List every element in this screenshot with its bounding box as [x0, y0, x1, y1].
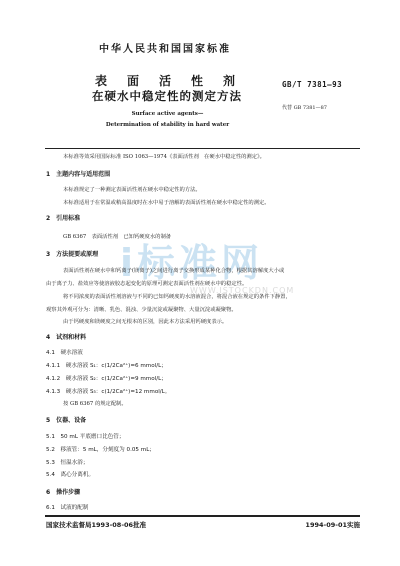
- english-title-2: Determination of stability in hard water: [0, 122, 335, 128]
- subsection: 5.4 离心分离机。: [46, 470, 94, 478]
- title-char: 活: [159, 72, 171, 89]
- paragraph: 由于离子力、盐效应等使溶液胶态起变化的原理可测定表面活性剂在硬水中的稳定性。: [46, 279, 247, 287]
- title-char: 表: [95, 72, 107, 89]
- intro-text: 本标准等效采用国际标准 ISO 1063—1974《表面活性剂 在硬水中稳定性的…: [63, 152, 265, 160]
- paragraph: 由于钙硬度和镁硬度之间无根本的区别，因此本方法采用钙硬度表示。: [63, 317, 227, 325]
- paragraph: 观察其外观可分为：清晰、乳色、混浊、少量沉淀或凝聚物、大量沉淀或凝聚物。: [46, 305, 237, 313]
- footer-divider: [45, 515, 360, 517]
- paragraph: GB 6367 表面活性剂 已知钙硬度水的制备: [63, 232, 171, 240]
- subsection: 4.1.2 硬水溶液 S₂：c(1/2Ca²⁺)=9 mmol/L；: [46, 374, 167, 382]
- section-6-title: 6 操作步骤: [46, 487, 80, 496]
- english-title-1: Surface active agents—: [0, 111, 335, 117]
- title-line-2: 在硬水中稳定性的测定方法: [92, 88, 242, 104]
- subsection: 5.2 移液管：5 mL，分刻度为 0.05 mL；: [46, 445, 155, 453]
- approval-date: 国家技术监督局1993-08-06批准: [46, 520, 146, 529]
- section-1-title: 1 主题内容与适用范围: [46, 169, 110, 178]
- paragraph: 本标准规定了一种测定表面活性剂在硬水中稳定性的方法。: [63, 185, 201, 193]
- section-4-title: 4 试剂和材料: [46, 332, 86, 341]
- subsection: 4.1.1 硬水溶液 S₁：c(1/2Ca²⁺)=6 mmol/L；: [46, 361, 167, 369]
- standard-code: GB/T 7381—93: [282, 80, 342, 89]
- subsection: 4.1.3 硬水溶液 S₃：c(1/2Ca²⁺)=12 mmol/L。: [46, 387, 170, 395]
- title-char: 面: [127, 72, 139, 89]
- subsection: 5.3 恒温水浴；: [46, 458, 88, 466]
- title-char: 剂: [223, 72, 235, 89]
- title-char: 性: [191, 72, 203, 89]
- section-3-title: 3 方法提要或原理: [46, 249, 98, 258]
- section-5-title: 5 仪器、设备: [46, 415, 86, 424]
- subsection: 6.1 试液的配制: [46, 503, 88, 511]
- paragraph: 将不同浓度的表面活性剂溶液与不同的已知钙硬度的水溶液混合，将混合液在规定的条件下…: [63, 292, 291, 300]
- implementation-date: 1994-09-01实施: [305, 520, 360, 529]
- subsection: 5.1 50 mL 平底磨口比色管；: [46, 432, 124, 440]
- paragraph: 表面活性剂在硬水中和钙离子(镁离子)之间进行离子交换形成某种化合物，根据其溶解度…: [63, 266, 284, 274]
- replaces-note: 代替 GB 7381—87: [282, 104, 327, 111]
- national-standard-heading: 中华人民共和国国家标准: [0, 40, 400, 55]
- title-line-1: 表 面 活 性 剂: [95, 72, 235, 89]
- paragraph: 本标准适用于在常温或稍高温度时在水中易于溶解的表面活性剂在硬水中稳定性的测定。: [63, 198, 270, 206]
- header-divider: [45, 148, 360, 149]
- section-2-title: 2 引用标准: [46, 213, 80, 222]
- subsection: 4.1 硬水溶液: [46, 348, 83, 356]
- paragraph: 按 GB 6367 的规定配制。: [63, 399, 127, 407]
